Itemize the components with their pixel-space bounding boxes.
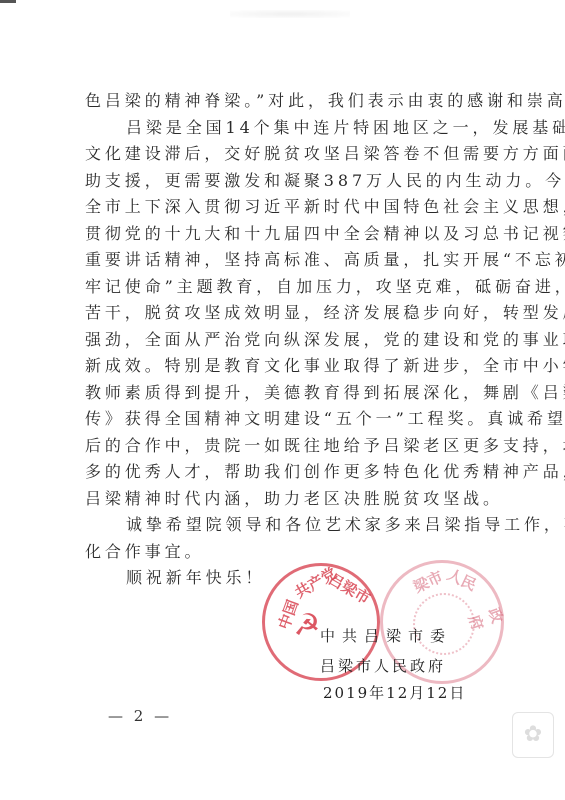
- letter-body: 色吕梁的精神脊梁。”对此，我们表示由衷的感谢和崇高的敬意。 吕梁是全国14个集中…: [85, 88, 505, 592]
- text-line: 后的合作中，贵院一如既往地给予吕梁老区更多支持，培养更: [85, 433, 505, 460]
- seal-text: 人民: [444, 564, 480, 596]
- text-line: 全市上下深入贯彻习近平新时代中国特色社会主义思想，学习: [85, 194, 505, 221]
- text-line: 新成效。特别是教育文化事业取得了新进步，全市中小学音乐: [85, 353, 505, 380]
- watermark-logo-icon: ✿: [512, 712, 554, 758]
- signature-party-committee: 中共吕梁市委: [320, 625, 452, 646]
- text-line: 牢记使命”主题教育，自加压力，攻坚克难，砥砺奋进，务实: [85, 274, 505, 301]
- text-line: 苦干，脱贫攻坚成效明显，经济发展稳步向好，转型发展态势: [85, 300, 505, 327]
- text-line: 助支援，更需要激发和凝聚387万人民的内生动力。今年以来，: [85, 168, 505, 195]
- text-line: 吕梁是全国14个集中连片特困地区之一，发展基础薄弱，: [85, 115, 505, 142]
- text-line: 教师素质得到提升，美德教育得到拓展深化，舞剧《吕梁英雄: [85, 380, 505, 407]
- text-line: 色吕梁的精神脊梁。”对此，我们表示由衷的感谢和崇高的敬意。: [85, 88, 505, 115]
- signature-date: 2019年12月12日: [323, 682, 466, 703]
- scan-corner-mark: [0, 0, 16, 3]
- page-number: — 2 —: [108, 707, 172, 725]
- text-line: 文化建设滞后，交好脱贫攻坚吕梁答卷不但需要方方面面的帮: [85, 141, 505, 168]
- text-line: 吕梁精神时代内涵，助力老区决胜脱贫攻坚战。: [85, 486, 505, 513]
- text-line: 多的优秀人才，帮助我们创作更多特色化优秀精神产品，丰富: [85, 459, 505, 486]
- text-line: 诚挚希望院领导和各位艺术家多来吕梁指导工作，不断深: [85, 512, 505, 539]
- scan-smudge: [230, 10, 350, 18]
- text-line: 贯彻党的十九大和十九届四中全会精神以及习总书记视察山西: [85, 221, 505, 248]
- signature-government: 吕梁市人民政府: [320, 655, 446, 676]
- text-line: 传》获得全国精神文明建设“五个一”工程奖。真诚希望在今: [85, 406, 505, 433]
- text-line: 强劲，全面从严治党向纵深发展，党的建设和党的事业取得了: [85, 327, 505, 354]
- text-line: 重要讲话精神，坚持高标准、高质量，扎实开展“不忘初心、: [85, 247, 505, 274]
